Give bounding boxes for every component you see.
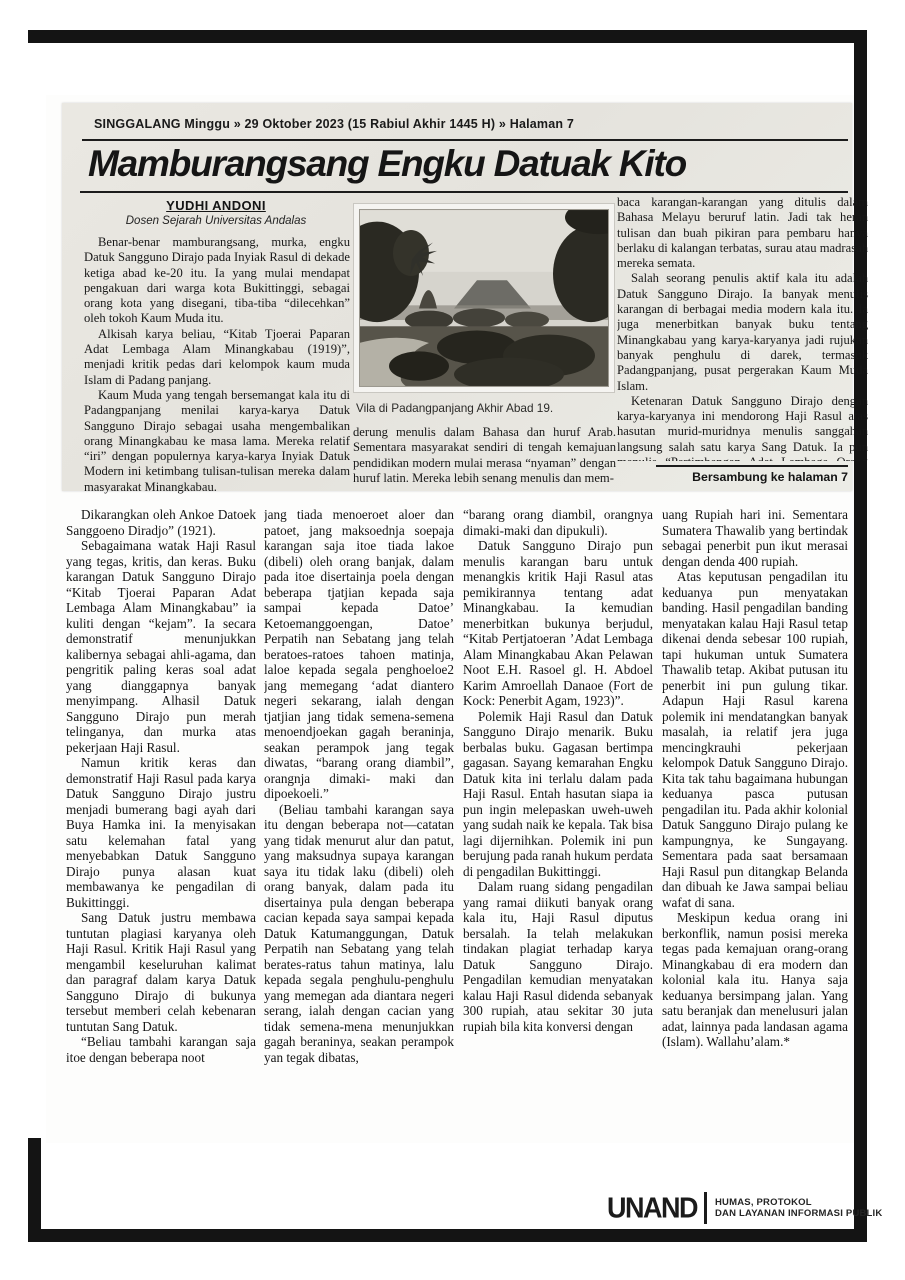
paragraph: Salah seorang penulis aktif kala itu ada… (617, 271, 868, 393)
article-title: Mamburangsang Engku Datuak Kito (88, 143, 686, 185)
unand-wordmark: UNAND (607, 1192, 697, 1225)
masthead-rule (82, 139, 848, 141)
title-rule (80, 191, 848, 193)
logo-divider (704, 1192, 707, 1224)
paragraph: Polemik Haji Rasul dan Datuk Sangguno Di… (463, 709, 653, 880)
bottom-column-4: uang Rupiah hari ini. Sementara Sumatera… (662, 507, 848, 1135)
paragraph: Dalam ruang sidang pengadilan yang ramai… (463, 879, 653, 1034)
logo-department-line2: DAN LAYANAN INFORMASI PUBLIK (715, 1208, 882, 1220)
paragraph: Dikarangkan oleh Ankoe Datoek Sanggoeno … (66, 507, 256, 538)
paragraph: Meskipun kedua orang ini berkonflik, nam… (662, 910, 848, 1050)
paragraph: “barang orang diambil, orangnya dimaki-m… (463, 507, 653, 538)
photo-caption: Vila di Padangpanjang Akhir Abad 19. (356, 401, 553, 415)
unand-logo-block: UNAND HUMAS, PROTOKOL DAN LAYANAN INFORM… (607, 1192, 882, 1224)
photo-illustration (359, 209, 609, 387)
paragraph: Alkisah karya beliau, “Kitab Tjoerai Pap… (84, 327, 350, 388)
logo-department-line1: HUMAS, PROTOKOL (715, 1197, 882, 1209)
byline: YUDHI ANDONI Dosen Sejarah Universitas A… (80, 198, 352, 227)
top-column-left: Benar-benar mamburangsang, murka, engku … (84, 235, 350, 495)
paragraph: Atas keputusan pengadilan itu keduanya p… (662, 569, 848, 910)
bottom-column-2: jang tiada menoeroet aloer dan patoet, j… (264, 507, 454, 1135)
paragraph: Ketenaran Datuk Sangguno Dirajo dengan k… (617, 394, 868, 461)
masthead-dateline: SINGGALANG Minggu » 29 Oktober 2023 (15 … (94, 117, 574, 131)
top-column-right: baca karangan-karangan yang ditulis dala… (617, 195, 868, 461)
newspaper-clipping: SINGGALANG Minggu » 29 Oktober 2023 (15 … (46, 95, 854, 1143)
paragraph: Sebagaimana watak Haji Rasul yang tegas,… (66, 538, 256, 755)
paragraph: derung menulis dalam Bahasa dan huruf Ar… (353, 425, 616, 486)
continued-notice: Bersambung ke halaman 7 (616, 470, 848, 484)
paragraph: uang Rupiah hari ini. Sementara Sumatera… (662, 507, 848, 569)
paragraph: (Beliau tambahi karangan saya itu dengan… (264, 802, 454, 1066)
paragraph: baca karangan-karangan yang ditulis dala… (617, 195, 868, 271)
author-affiliation: Dosen Sejarah Universitas Andalas (80, 215, 352, 227)
author-name: YUDHI ANDONI (80, 198, 352, 213)
logo-department: HUMAS, PROTOKOL DAN LAYANAN INFORMASI PU… (715, 1197, 882, 1220)
article-top-section: SINGGALANG Minggu » 29 Oktober 2023 (15 … (62, 103, 852, 491)
frame-border-bottom (28, 1229, 867, 1242)
continued-rule (656, 465, 848, 467)
paragraph: Sang Datuk justru membawa tuntutan plagi… (66, 910, 256, 1034)
bottom-column-3: “barang orang diambil, orangnya dimaki-m… (463, 507, 653, 1135)
bottom-column-1: Dikarangkan oleh Ankoe Datoek Sanggoeno … (66, 507, 256, 1135)
paragraph: Kaum Muda yang tengah bersemangat kala i… (84, 388, 350, 495)
photo-vila-padangpanjang (353, 203, 615, 393)
top-column-middle: derung menulis dalam Bahasa dan huruf Ar… (353, 425, 616, 489)
paragraph: “Beliau tambahi karangan saja itoe denga… (66, 1034, 256, 1065)
frame-border-left (28, 1138, 41, 1242)
paragraph: jang tiada menoeroet aloer dan patoet, j… (264, 507, 454, 802)
frame-border-top (28, 30, 867, 43)
paragraph: Benar-benar mamburangsang, murka, engku … (84, 235, 350, 327)
press-clipping-page: SINGGALANG Minggu » 29 Oktober 2023 (15 … (0, 0, 905, 1280)
paragraph: Datuk Sangguno Dirajo pun menulis karang… (463, 538, 653, 709)
paragraph: Namun kritik keras dan demonstratif Haji… (66, 755, 256, 910)
